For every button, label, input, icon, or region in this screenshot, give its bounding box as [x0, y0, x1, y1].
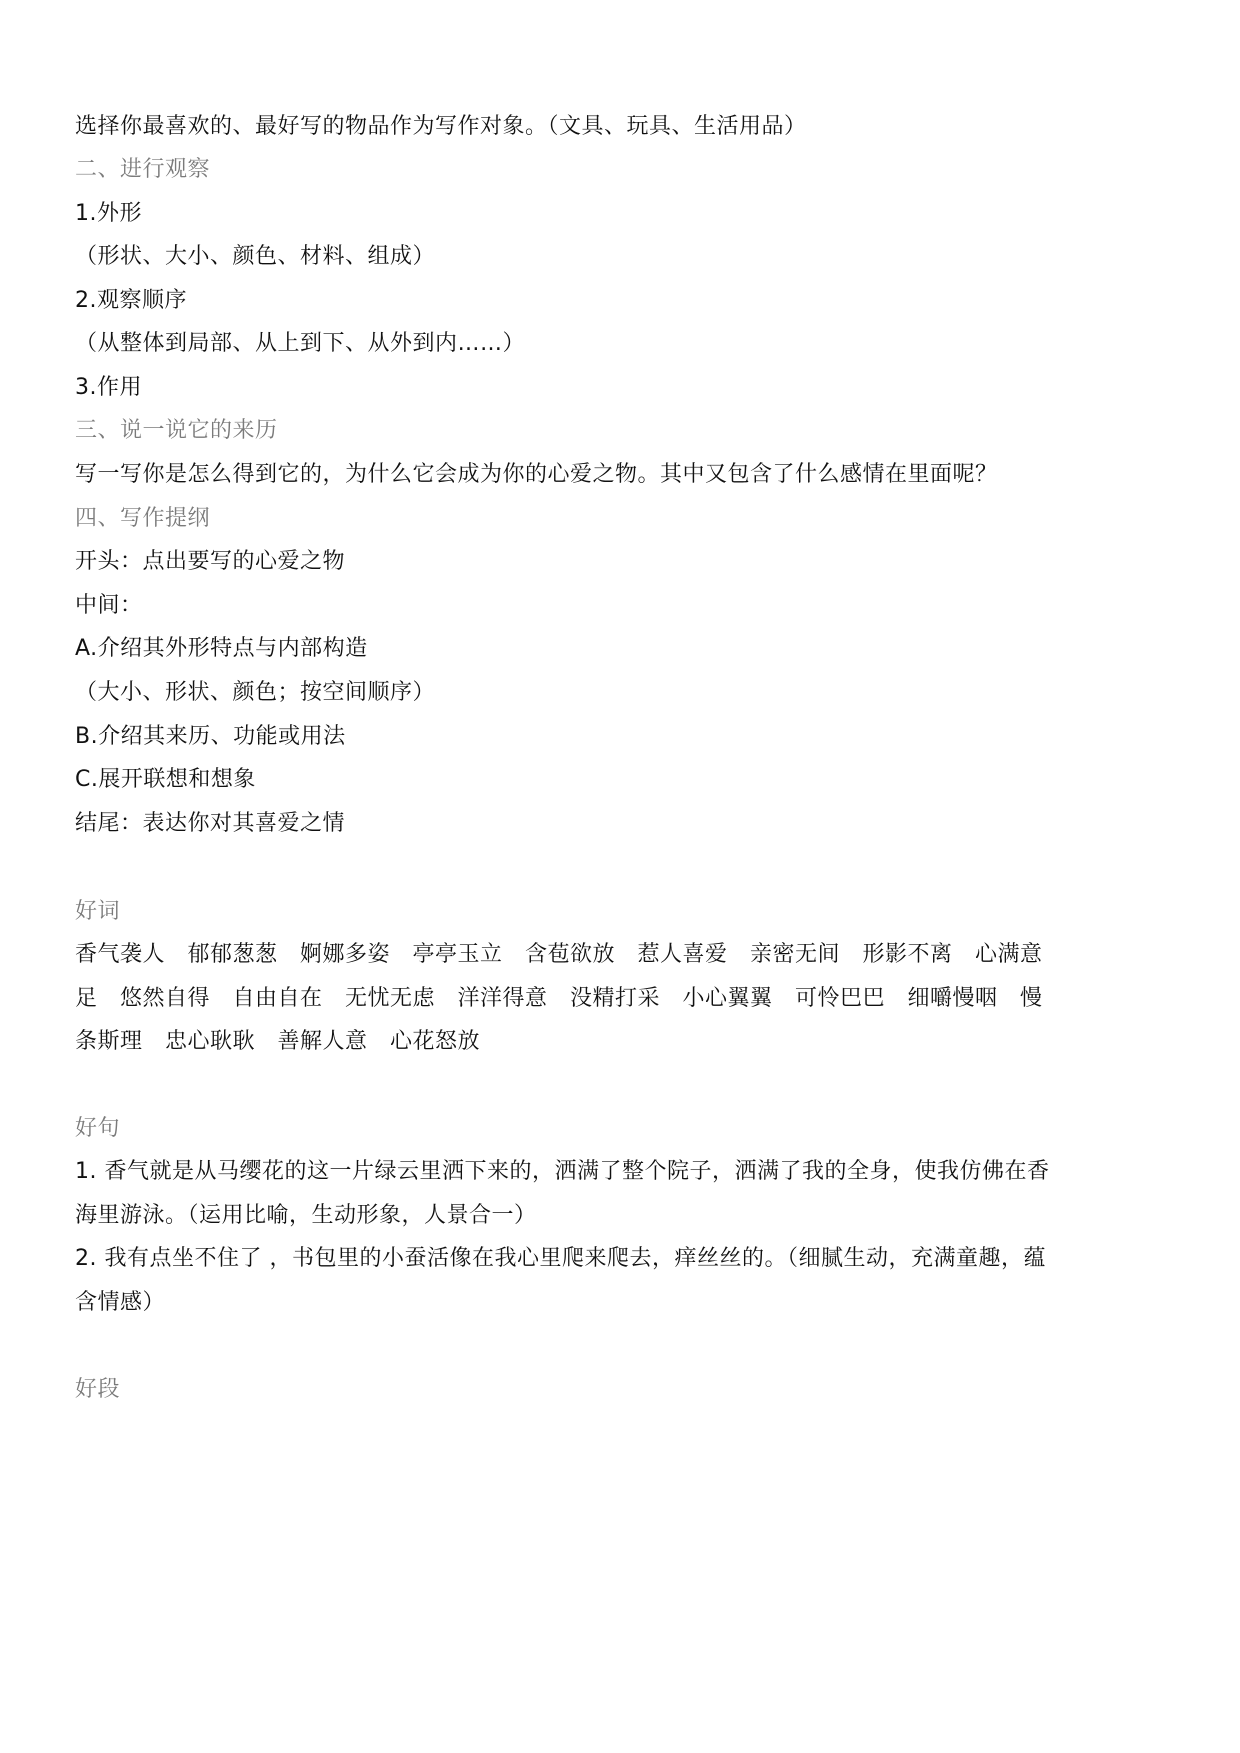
outline-item-a-note: （大小、形状、颜色；按空间顺序） [75, 678, 435, 708]
good-words-row-1: 香气袭人 郁郁葱葱 婀娜多姿 亭亭玉立 含苞欲放 惹人喜爱 亲密无间 形影不离 … [75, 940, 1043, 970]
outline-ending: 结尾：表达你对其喜爱之情 [75, 809, 345, 839]
section-heading-observe: 二、进行观察 [75, 155, 210, 185]
good-sentences-heading: 好句 [75, 1114, 120, 1144]
list-item-order: 2.观察顺序 [75, 286, 187, 316]
section-heading-outline: 四、写作提纲 [75, 504, 210, 534]
good-words-heading: 好词 [75, 897, 120, 927]
outline-item-b: B.介绍其来历、功能或用法 [75, 722, 346, 752]
intro-text: 选择你最喜欢的、最好写的物品作为写作对象。（文具、玩具、生活用品） [75, 112, 807, 142]
outline-item-a: A.介绍其外形特点与内部构造 [75, 634, 368, 664]
list-item-appearance: 1.外形 [75, 199, 142, 229]
section-heading-origin: 三、说一说它的来历 [75, 416, 278, 446]
good-paragraphs-heading: 好段 [75, 1375, 120, 1405]
good-words-row-2: 足 悠然自得 自由自在 无忧无虑 洋洋得意 没精打采 小心翼翼 可怜巴巴 细嚼慢… [75, 984, 1043, 1014]
good-sentence-2-line-2: 含情感） [75, 1288, 165, 1318]
outline-item-c: C.展开联想和想象 [75, 765, 256, 795]
order-note: （从整体到局部、从上到下、从外到内……） [75, 329, 525, 359]
outline-middle: 中间： [75, 591, 143, 621]
good-sentence-1-line-1: 1. 香气就是从马缨花的这一片绿云里洒下来的，洒满了整个院子，洒满了我的全身，使… [75, 1157, 1050, 1187]
appearance-note: （形状、大小、颜色、材料、组成） [75, 242, 435, 272]
good-sentence-2-line-1: 2. 我有点坐不住了 ，书包里的小蚕活像在我心里爬来爬去，痒丝丝的。（细腻生动，… [75, 1244, 1046, 1274]
good-sentence-1-line-2: 海里游泳。（运用比喻，生动形象，人景合一） [75, 1201, 537, 1231]
good-words-row-3: 条斯理 忠心耿耿 善解人意 心花怒放 [75, 1027, 480, 1057]
origin-text: 写一写你是怎么得到它的，为什么它会成为你的心爱之物。其中又包含了什么感情在里面呢… [75, 460, 998, 490]
outline-opening: 开头：点出要写的心爱之物 [75, 547, 345, 577]
list-item-function: 3.作用 [75, 373, 142, 403]
